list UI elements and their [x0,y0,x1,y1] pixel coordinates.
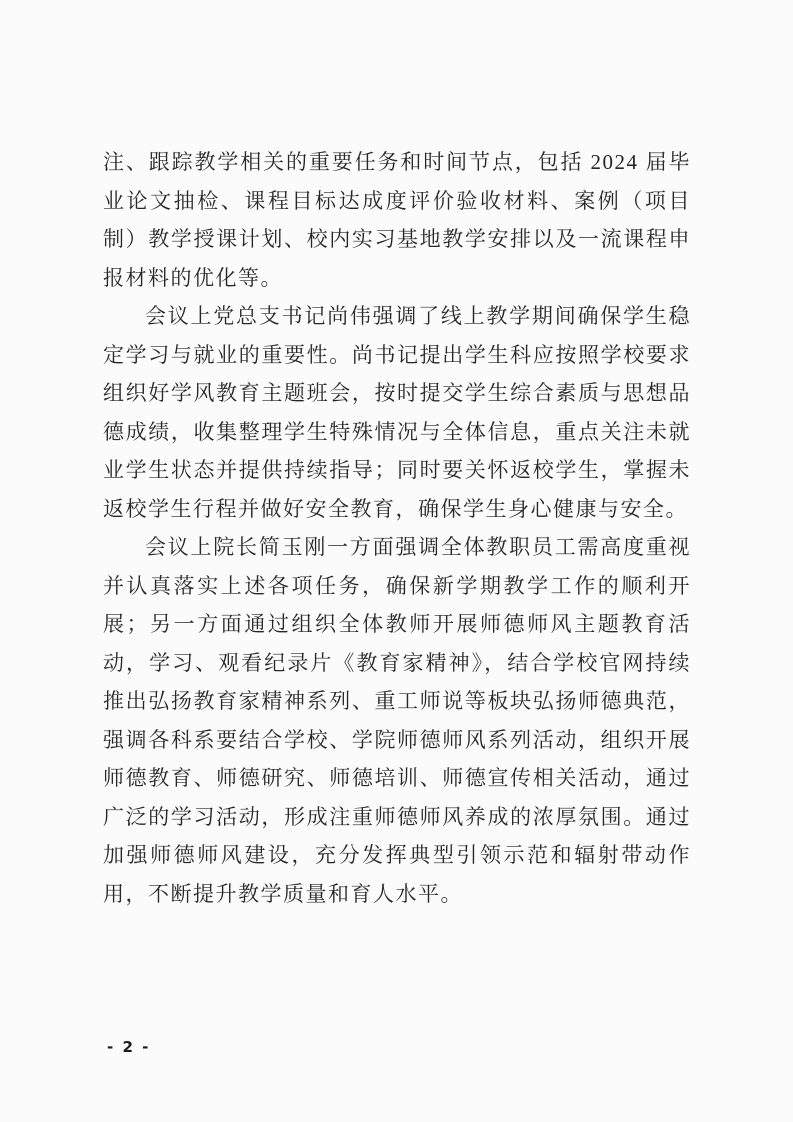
document-body: 注、跟踪教学相关的重要任务和时间节点，包括 2024 届毕业论文抽检、课程目标达… [103,143,691,913]
paragraph-secretary-remarks: 会议上党总支书记尚伟强调了线上教学期间确保学生稳定学习与就业的重要性。尚书记提出… [103,297,691,528]
page-footer: - 2 - [107,1038,150,1057]
paragraph-continuation: 注、跟踪教学相关的重要任务和时间节点，包括 2024 届毕业论文抽检、课程目标达… [103,143,691,297]
paragraph-dean-remarks: 会议上院长简玉刚一方面强调全体教职员工需高度重视并认真落实上述各项任务，确保新学… [103,528,691,913]
page-number: - 2 - [107,1038,150,1056]
document-page: 注、跟踪教学相关的重要任务和时间节点，包括 2024 届毕业论文抽检、课程目标达… [0,0,793,1122]
